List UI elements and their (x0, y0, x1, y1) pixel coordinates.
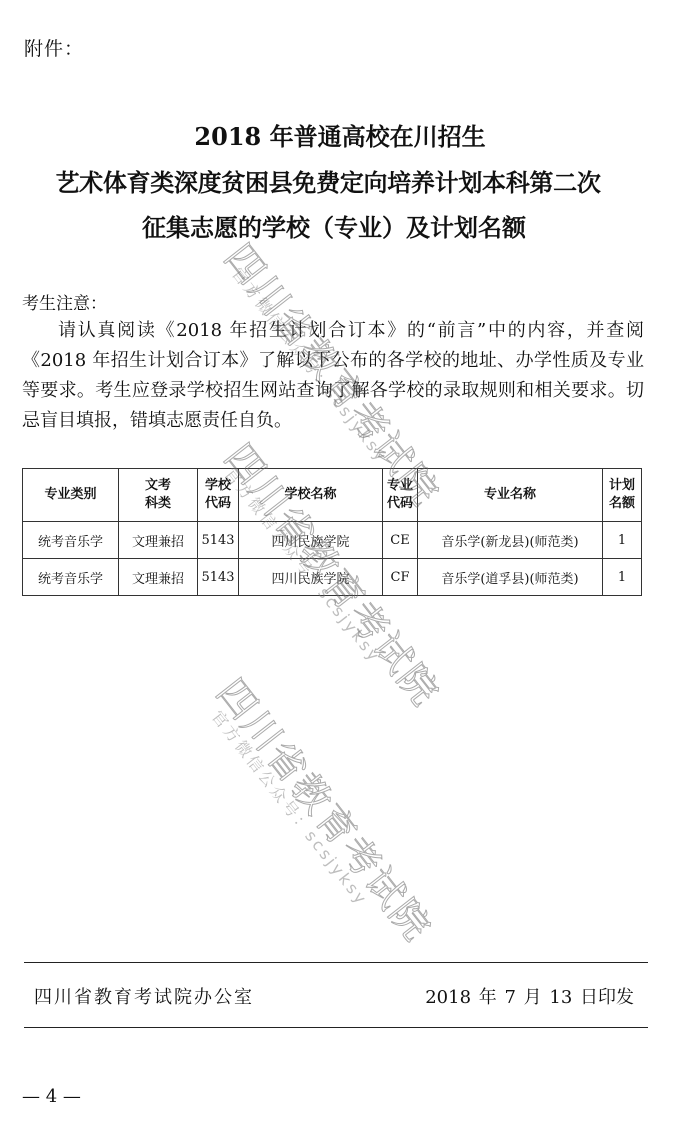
header-text: 代码 (387, 496, 413, 511)
header-text: 学校 (205, 478, 231, 493)
header-text: 科类 (145, 496, 171, 511)
header-major-code: 专业代码 (383, 469, 418, 522)
header-major-name: 专业名称 (418, 469, 603, 522)
header-text: 文考 (145, 478, 171, 493)
header-text: 专业名称 (484, 487, 536, 502)
cell-plan-quota: 1 (603, 559, 642, 596)
issue-date: 2018 年 7 月 13 日印发 (425, 983, 634, 1009)
enrollment-plan-table: 专业类别 文考科类 学校代码 学校名称 专业代码 专业名称 计划名额 统考音乐学… (22, 468, 642, 596)
notice-label: 考生注意： (22, 289, 107, 314)
header-text: 名额 (609, 496, 635, 511)
notice-paragraph: 请认真阅读《2018 年招生计划合订本》的“前言”中的内容，并查阅《2018 年… (22, 316, 644, 436)
header-subject-type: 文考科类 (119, 469, 198, 522)
table-row: 统考音乐学 文理兼招 5143 四川民族学院 CF 音乐学(道孚县)(师范类) … (23, 559, 642, 596)
header-text: 专业类别 (44, 487, 96, 502)
document-title-line-2: 艺术体育类深度贫困县免费定向培养计划本科第二次 (0, 168, 668, 198)
cell-major-name: 音乐学(新龙县)(师范类) (418, 522, 603, 559)
cell-major-code: CE (383, 522, 418, 559)
table-header-row: 专业类别 文考科类 学校代码 学校名称 专业代码 专业名称 计划名额 (23, 469, 642, 522)
cell-major-category: 统考音乐学 (23, 522, 119, 559)
footer-top-rule (24, 962, 648, 963)
cell-subject-type: 文理兼招 (119, 522, 198, 559)
cell-subject-type: 文理兼招 (119, 559, 198, 596)
header-text: 计划 (609, 478, 635, 493)
cell-school-name: 四川民族学院 (239, 559, 383, 596)
notice-body: 请认真阅读《2018 年招生计划合订本》的“前言”中的内容，并查阅《2018 年… (22, 316, 644, 436)
cell-major-code: CF (383, 559, 418, 596)
header-plan-quota: 计划名额 (603, 469, 642, 522)
table-row: 统考音乐学 文理兼招 5143 四川民族学院 CE 音乐学(新龙县)(师范类) … (23, 522, 642, 559)
page-number: — 4 — (22, 1086, 81, 1107)
header-school-name: 学校名称 (239, 469, 383, 522)
document-title-line-1: 2018 年普通高校在川招生 (0, 122, 680, 152)
header-text: 代码 (205, 496, 231, 511)
attachment-label: 附件： (24, 34, 84, 61)
header-major-category: 专业类别 (23, 469, 119, 522)
header-text: 学校名称 (284, 487, 336, 502)
watermark-main: 四川省教育考试院 (207, 665, 447, 951)
watermark-sub: 官方微信公众号：scsjyksy (207, 705, 374, 910)
cell-plan-quota: 1 (603, 522, 642, 559)
issuer-name: 四川省教育考试院办公室 (34, 983, 254, 1009)
cell-major-name: 音乐学(道孚县)(师范类) (418, 559, 603, 596)
cell-major-category: 统考音乐学 (23, 559, 119, 596)
cell-school-code: 5143 (198, 559, 239, 596)
cell-school-code: 5143 (198, 522, 239, 559)
document-title-line-3: 征集志愿的学校（专业）及计划名额 (0, 213, 674, 243)
footer-bottom-rule (24, 1027, 648, 1028)
header-school-code: 学校代码 (198, 469, 239, 522)
header-text: 专业 (387, 478, 413, 493)
cell-school-name: 四川民族学院 (239, 522, 383, 559)
